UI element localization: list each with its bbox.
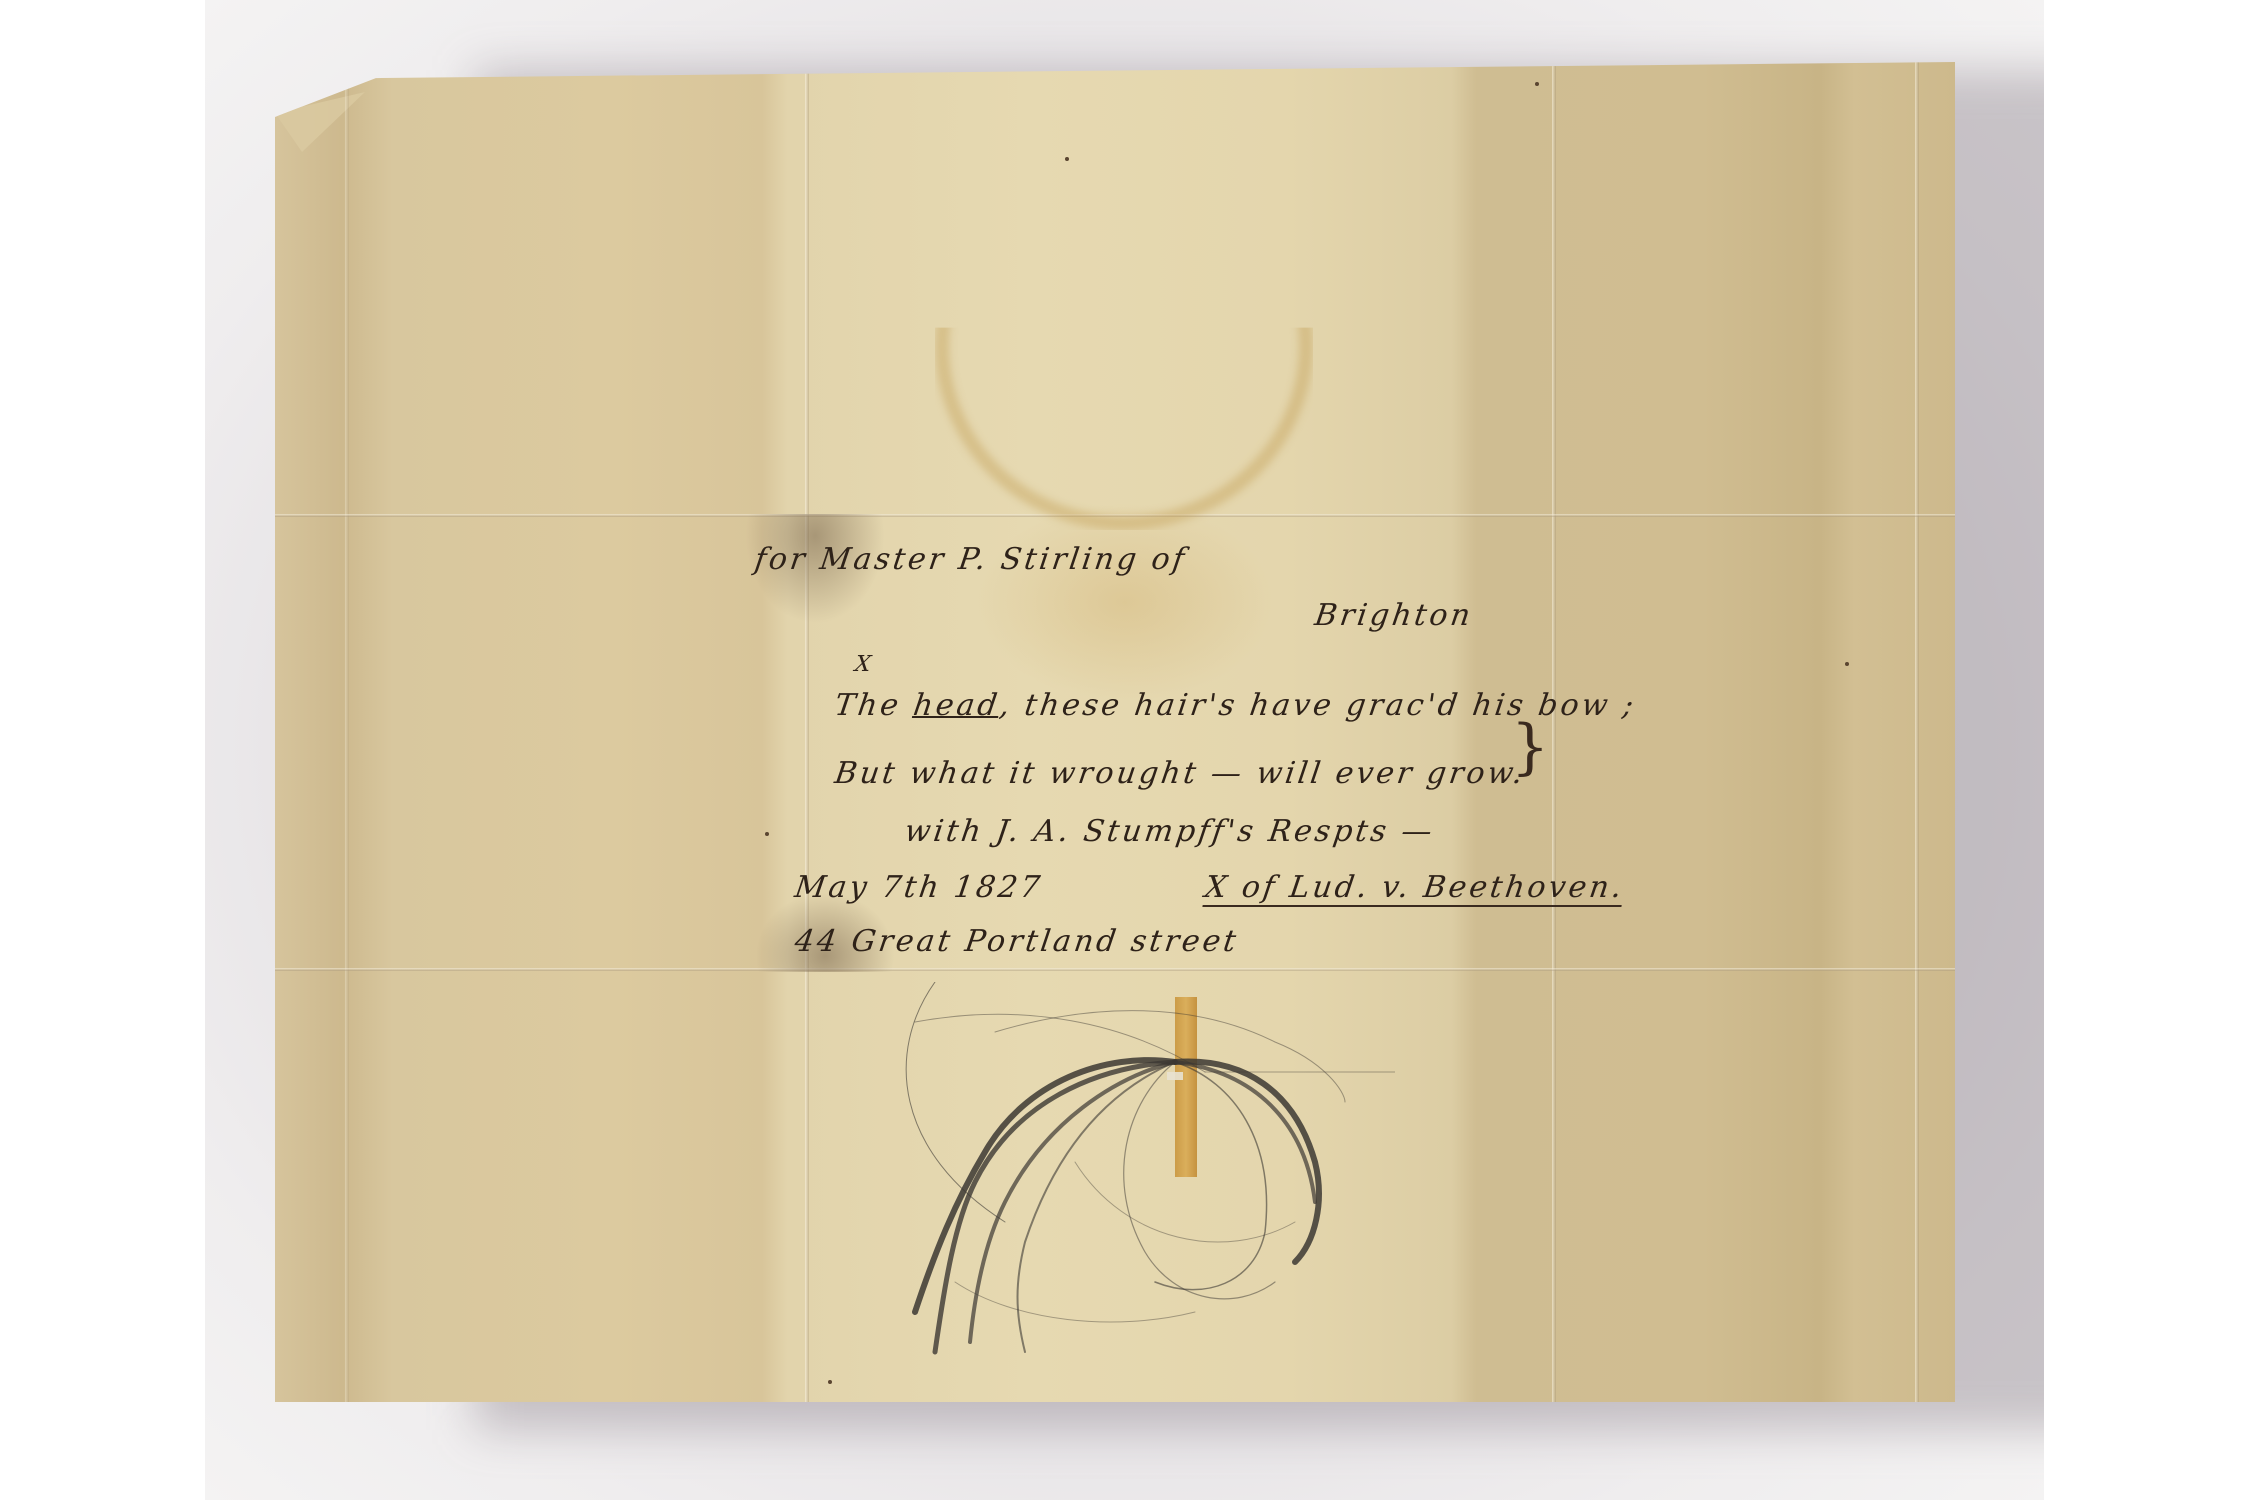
letter-paper: for Master P. Stirling of Brighton X The… (275, 62, 1955, 1402)
lock-of-hair (875, 982, 1395, 1362)
verse-line-2: But what it wrought — will ever grow. (833, 756, 1528, 791)
attribution-line: X of Lud. v. Beethoven. (1202, 870, 1626, 907)
street-line: 44 Great Portland street (793, 924, 1241, 959)
date-line: May 7th 1827 (793, 870, 1045, 905)
address-line-2: Brighton (1313, 598, 1476, 633)
paper-speck (1535, 82, 1539, 86)
paper-speck (828, 1380, 832, 1384)
water-stain-ring (935, 162, 1313, 530)
fold-line-vertical-left (805, 62, 809, 1402)
fold-line-vertical-edge (1915, 62, 1919, 1402)
verse-line-1-pre: The (833, 688, 917, 723)
paper-speck (765, 832, 769, 836)
paper-speck (1065, 157, 1069, 161)
photo-backdrop: for Master P. Stirling of Brighton X The… (205, 0, 2044, 1500)
fold-line-vertical-right (1552, 62, 1556, 1402)
address-line-1: for Master P. Stirling of (753, 542, 1190, 577)
mark-x-top: X (853, 652, 875, 677)
verse-line-3: with J. A. Stumpff's Respts — (903, 814, 1438, 849)
verse-line-1-head: head (911, 688, 1002, 723)
folded-corner (275, 92, 365, 152)
verse-brace: } (1511, 712, 1549, 782)
water-stain-blot (975, 502, 1275, 702)
paper-speck (1845, 662, 1849, 666)
fold-line-horizontal-lower (275, 968, 1955, 971)
fold-line-vertical-inner-left (345, 62, 349, 1402)
